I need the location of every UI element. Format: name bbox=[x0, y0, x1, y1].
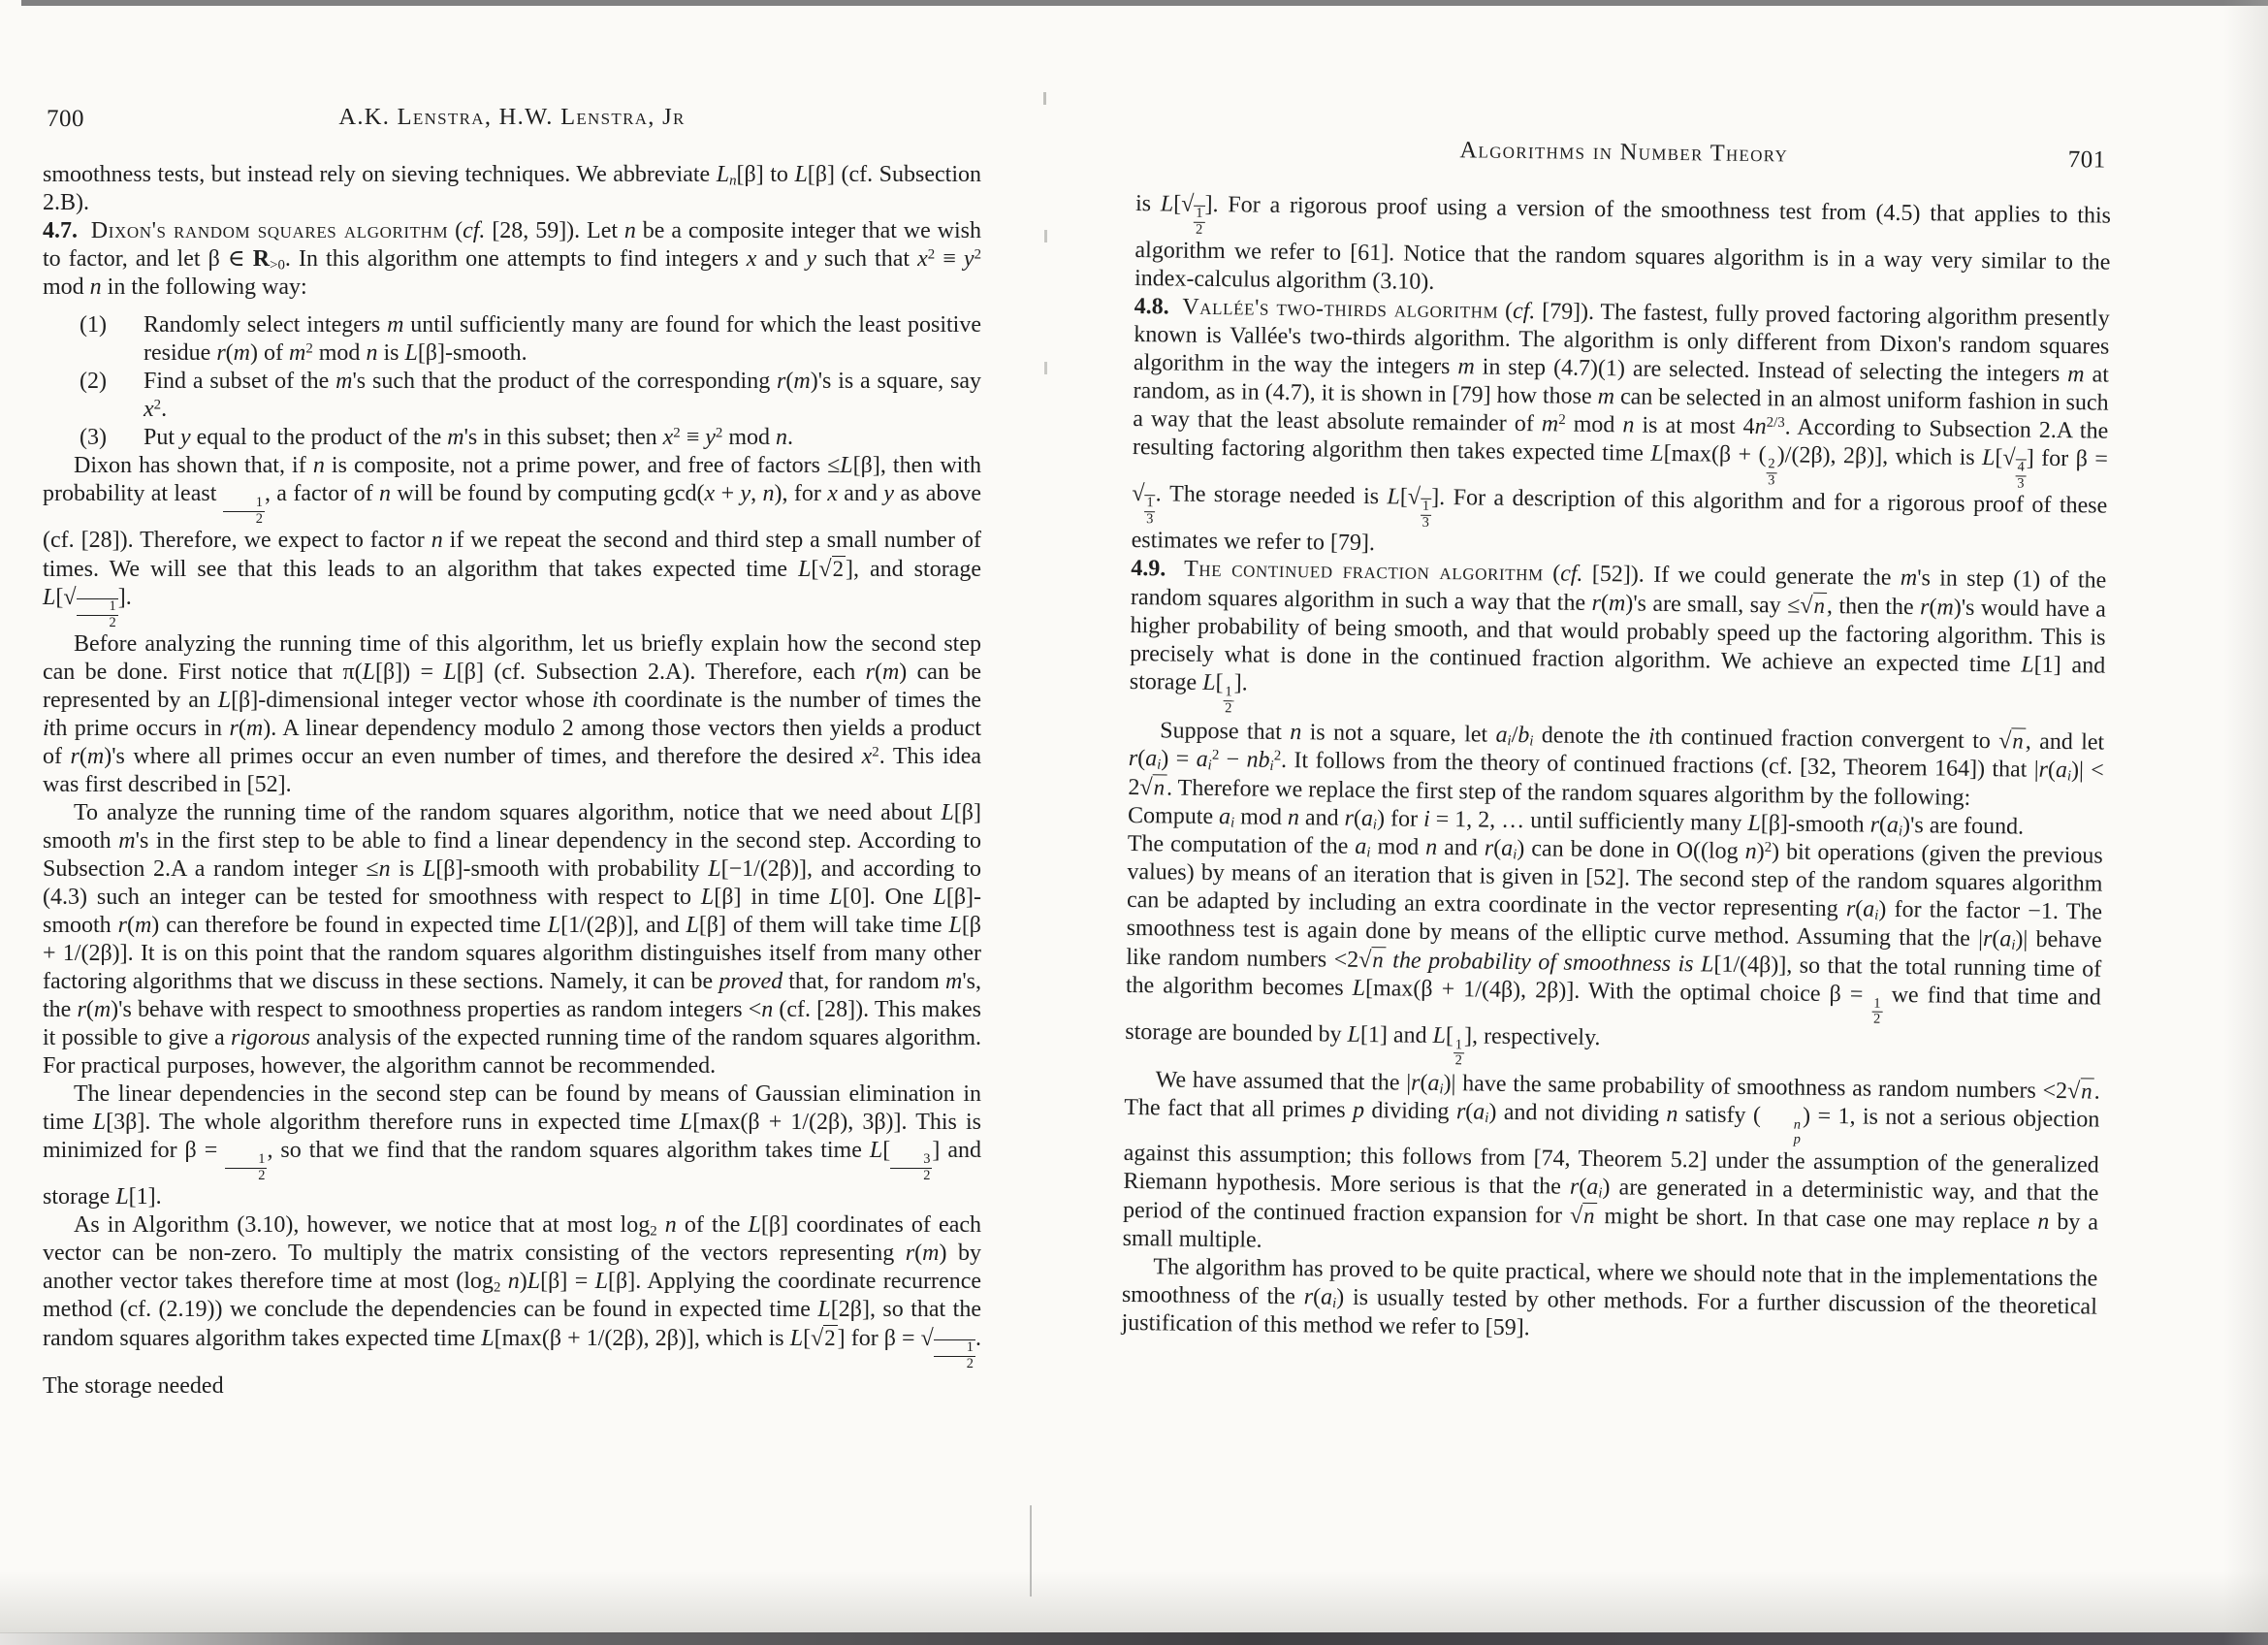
right-header: Algorithms in Number Theory 701 bbox=[1136, 132, 2112, 177]
page-left: 700 A.K. Lenstra, H.W. Lenstra, Jr smoot… bbox=[43, 103, 981, 1401]
algorithm-step-list: (1)Randomly select integers m until suff… bbox=[43, 311, 981, 452]
list-item-2: (2)Find a subset of the m's such that th… bbox=[43, 368, 981, 424]
scan-bottom-edge bbox=[0, 1632, 2268, 1645]
section-4-8: 4.8. Vallée's two-thirds algorithm (cf. … bbox=[1132, 293, 2110, 567]
section-4-9: 4.9. The continued fraction algorithm (c… bbox=[1129, 555, 2106, 727]
paragraph-practical: The algorithm has proved to be quite pra… bbox=[1121, 1253, 2097, 1350]
gutter-specks bbox=[1043, 92, 1046, 105]
paragraph-computation: The computation of the ai mod n and r(ai… bbox=[1125, 830, 2103, 1078]
paragraph-assumed: We have assumed that the |r(ai)| have th… bbox=[1122, 1065, 2099, 1266]
right-page-number: 701 bbox=[2068, 145, 2106, 174]
page-right: Algorithms in Number Theory 701 is L[√12… bbox=[1121, 132, 2112, 1350]
paragraph-continuation: is L[√12]. For a rigorous proof using a … bbox=[1134, 190, 2111, 306]
list-item-3: (3)Put y equal to the product of the m's… bbox=[43, 424, 981, 452]
list-item-1: (1)Randomly select integers m until suff… bbox=[43, 311, 981, 368]
left-body: smoothness tests, but instead rely on si… bbox=[43, 161, 981, 1401]
left-running-head: A.K. Lenstra, H.W. Lenstra, Jr bbox=[43, 103, 981, 131]
paragraph-before-analyzing: Before analyzing the running time of thi… bbox=[43, 630, 981, 799]
scan-top-edge bbox=[21, 0, 2268, 6]
paragraph-linear-dependencies: The linear dependencies in the second st… bbox=[43, 1081, 981, 1211]
scanned-book-spread: 700 A.K. Lenstra, H.W. Lenstra, Jr smoot… bbox=[0, 0, 2268, 1645]
paragraph-continuation: smoothness tests, but instead rely on si… bbox=[43, 161, 981, 217]
left-header: 700 A.K. Lenstra, H.W. Lenstra, Jr bbox=[43, 103, 981, 136]
paragraph-as-in-algorithm: As in Algorithm (3.10), however, we noti… bbox=[43, 1211, 981, 1400]
right-body: is L[√12]. For a rigorous proof using a … bbox=[1121, 190, 2111, 1350]
paragraph-suppose: Suppose that n is not a square, let ai/b… bbox=[1128, 716, 2104, 815]
scan-right-shadow bbox=[2223, 0, 2268, 1645]
paragraph-to-analyze: To analyze the running time of the rando… bbox=[43, 799, 981, 1081]
section-4-7: 4.7. Dixon's random squares algorithm (c… bbox=[43, 217, 981, 302]
paragraph-dixon: Dixon has shown that, if n is composite,… bbox=[43, 452, 981, 630]
left-page-number: 700 bbox=[47, 105, 84, 133]
right-running-head: Algorithms in Number Theory bbox=[1136, 132, 2112, 173]
scan-bottom-shadow bbox=[0, 1571, 2268, 1633]
